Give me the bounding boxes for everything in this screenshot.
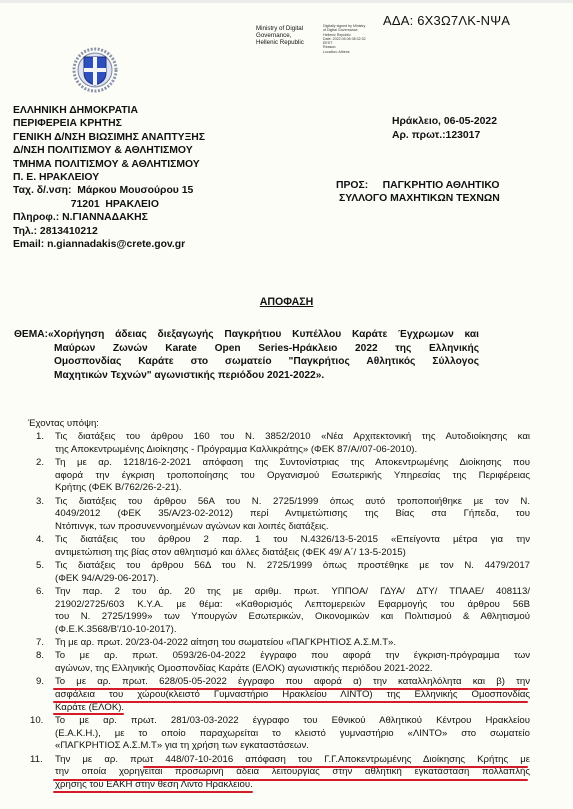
list-item-line: Την παρ. 2 του άρ. 20 της με αριθμ. πρωτ… xyxy=(55,586,530,599)
list-item-line: 4049/2012 (ΦΕΚ 35/Α/23-02-2012) περί Αντ… xyxy=(55,508,530,521)
issuer-line: Πληροφ.: Ν.ΓΙΑΝΝΑΔΑΚΗΣ xyxy=(13,211,205,224)
issuer-block: ΕΛΛΗΝΙΚΗ ΔΗΜΟΚΡΑΤΙΑ ΠΕΡΙΦΕΡΕΙΑ ΚΡΗΤΗΣ ΓΕ… xyxy=(13,104,205,251)
ada-code: ΑΔΑ: 6Χ3Ω7ΛΚ-ΝΨΑ xyxy=(383,13,510,28)
list-item: 2.Τη με αρ. 1218/16-2-2021 απόφαση της Σ… xyxy=(0,457,530,495)
signer-line: Ministry of Digital xyxy=(256,25,304,32)
list-item-line: Τις διατάξεις του άρθρου 160 του Ν. 3852… xyxy=(55,431,530,444)
list-item-number: 2. xyxy=(36,457,44,470)
list-item-line: 21902/2725/603 Κ.Υ.Α. με θέμα: «Καθορισμ… xyxy=(55,599,530,612)
coat-of-arms-icon xyxy=(72,47,118,93)
list-item-number: 5. xyxy=(36,560,44,573)
list-item-number: 9. xyxy=(36,676,44,689)
list-item: 5.Τις διατάξεις του άρθρου 56Δ του Ν. 27… xyxy=(0,560,530,585)
list-item-line: Το με αρ. πρωτ. 281/03-03-2022 έγγραφο τ… xyxy=(55,715,530,728)
list-item-number: 7. xyxy=(36,637,44,650)
list-item-line: αφορά την έγκριση τροποποίησης του Οργαν… xyxy=(55,470,530,483)
list-item-number: 3. xyxy=(36,496,44,509)
highlight-underline xyxy=(143,766,528,768)
list-item-line: αντιμετώπιση της βίας στον αθλητισμό και… xyxy=(55,547,530,560)
subject-line: Μαύρων Ζωνών Karate Open Series-Ηράκλειο… xyxy=(54,342,479,356)
issuer-line: 71201 ΗΡΑΚΛΕΙΟ xyxy=(13,198,205,211)
list-item-line: Τις διατάξεις του άρθρου 56Δ του Ν. 2725… xyxy=(55,560,530,573)
list-item: 6.Την παρ. 2 του άρ. 20 της με αριθμ. πρ… xyxy=(0,586,530,637)
list-item: 1.Τις διατάξεις του άρθρου 160 του Ν. 38… xyxy=(0,431,530,456)
recipient-label: ΠΡΟΣ: xyxy=(336,180,368,191)
list-item-line: Το με αρ. πρωτ. 0593/26-04-2022 έγγραφο … xyxy=(55,650,530,663)
considering-label: Έχοντας υπόψη: xyxy=(28,418,99,429)
list-item-line: Τη με αρ. πρωτ. 20/23-04-2022 αίτηση του… xyxy=(55,637,530,650)
signer-line: Governance, xyxy=(256,32,304,39)
issuer-line: Π. Ε. ΗΡΑΚΛΕΙΟΥ xyxy=(13,171,205,184)
recipient-line1: ΠΑΓΚΡΗΤΙΟ ΑΘΛΗΤΙΚΟ xyxy=(383,180,500,191)
issuer-line: Τηλ.: 2813410212 xyxy=(13,225,205,238)
signature-signer: Ministry of Digital Governance, Hellenic… xyxy=(256,25,304,46)
issuer-line: ΕΛΛΗΝΙΚΗ ΔΗΜΟΚΡΑΤΙΑ xyxy=(13,104,205,117)
signer-line: Hellenic Republic xyxy=(256,39,304,46)
list-item-line: αγώνων, της Ελληνικής Ομοσπονδίας Καράτε… xyxy=(55,663,530,676)
list-item-line: της Αποκεντρωμένης Διοίκησης - Πρόγραμμα… xyxy=(55,444,530,457)
protocol-number: Αρ. πρωτ.:123017 xyxy=(392,129,497,143)
list-item-line: Την με αρ. πρωτ 448/07-10-2016 απόφαση τ… xyxy=(55,754,530,767)
signature-details: Digitally signed by Ministry of Digital … xyxy=(323,24,383,54)
issuer-line: ΠΕΡΙΦΕΡΕΙΑ ΚΡΗΤΗΣ xyxy=(13,117,205,130)
subject-line: «Χορήγηση άδειας διεξαγωγής Παγκρήτιου Κ… xyxy=(48,328,479,342)
highlight-underline xyxy=(53,791,253,793)
issuer-line: ΓΕΝΙΚΗ Δ/ΝΣΗ ΒΙΩΣΙΜΗΣ ΑΝΑΠΤΥΞΗΣ xyxy=(13,131,205,144)
list-item-line: χρησης του ΕΑΚΗ στην θεση Λιντο Ηρακλειο… xyxy=(55,779,530,792)
recipient-block: ΠΡΟΣ: ΠΑΓΚΡΗΤΙΟ ΑΘΛΗΤΙΚΟ ΣΥΛΛΟΓΟ ΜΑΧΗΤΙΚ… xyxy=(336,179,500,205)
list-item-line: ασφάλεια του χώρου(κλειστό Γυμναστήριο Η… xyxy=(55,689,530,702)
issuer-email: Email: n.giannadakis@crete.gov.gr xyxy=(13,238,205,251)
document-title: ΑΠΟΦΑΣΗ xyxy=(0,296,573,308)
highlight-underline xyxy=(53,779,528,781)
list-item-line: Το με αρ. πρωτ. 628/05-05-2022 έγγραφο π… xyxy=(55,676,530,689)
list-item-line: Τις διατάξεις του άρθρου 56Α του Ν. 2725… xyxy=(55,496,530,509)
list-item-number: 1. xyxy=(36,431,44,444)
recipient-line2: ΣΥΛΛΟΓΟ ΜΑΧΗΤΙΚΩΝ ΤΕΧΝΩΝ xyxy=(336,192,500,205)
list-item-line: (ΦΕΚ 94/Α/29-06-2017). xyxy=(55,573,530,586)
issuer-line: Ταχ. δ/.νση: Μάρκου Μουσούρου 15 xyxy=(13,184,205,197)
list-item: 9.Το με αρ. πρωτ. 628/05-05-2022 έγγραφο… xyxy=(0,676,530,714)
list-item-line: Τις διατάξεις του άρθρου 2 παρ. 1 του Ν.… xyxy=(55,534,530,547)
list-item-line: Κρήτης (ΦΕΚ Β/762/26-2-21). xyxy=(55,482,530,495)
list-item-line: Ντόπινγκ, των προσυνεννοημένων αγώνων κα… xyxy=(55,521,530,534)
considerations-list: 1.Τις διατάξεις του άρθρου 160 του Ν. 38… xyxy=(0,431,573,792)
list-item-number: 6. xyxy=(36,586,44,599)
list-item: 4.Τις διατάξεις του άρθρου 2 παρ. 1 του … xyxy=(0,534,530,559)
list-item: 10.Το με αρ. πρωτ. 281/03-03-2022 έγγραφ… xyxy=(0,715,530,753)
subject-line: Ομοσπονδίας Καράτε στο σωματείο "Παγκρήτ… xyxy=(54,355,479,369)
list-item-line: Καράτε (ΕΛΟΚ). xyxy=(55,702,530,715)
document-page: ΑΔΑ: 6Χ3Ω7ΛΚ-ΝΨΑ Ministry of Digital Gov… xyxy=(0,3,573,809)
issuer-line: ΤΜΗΜΑ ΠΟΛΙΤΙΣΜΟΥ & ΑΘΛΗΤΙΣΜΟΥ xyxy=(13,158,205,171)
list-item-line: την οποία χορηγείται προσωρινή άδεια λει… xyxy=(55,766,530,779)
subject-line: Μαχητικών Τεχνών" αγωνιστικής περιόδου 2… xyxy=(54,369,479,383)
list-item-number: 11. xyxy=(30,754,43,767)
date-protocol-block: Ηράκλειο, 06-05-2022 Αρ. πρωτ.:123017 xyxy=(392,115,497,143)
sig-detail-line: Location: Athens xyxy=(323,50,383,54)
list-item-line: Τη με αρ. 1218/16-2-2021 απόφαση της Συν… xyxy=(55,457,530,470)
list-item: 8.Το με αρ. πρωτ. 0593/26-04-2022 έγγραφ… xyxy=(0,650,530,675)
place-date: Ηράκλειο, 06-05-2022 xyxy=(392,115,497,129)
list-item-line: (Φ.Ε.Κ.3568/Β'/10-10-2017). xyxy=(55,624,530,637)
subject-label: ΘΕΜΑ: xyxy=(14,328,48,342)
list-item-line: του Ν. 2725/1999» των Υπουργών Εσωτερικώ… xyxy=(55,611,530,624)
list-item-line: (Ε.Α.Κ.Η.), με το οποίο παραχωρείται το … xyxy=(55,728,530,741)
list-item: 3.Τις διατάξεις του άρθρου 56Α του Ν. 27… xyxy=(0,496,530,534)
list-item-number: 10. xyxy=(30,715,43,728)
list-item-line: «ΠΑΓΚΡΗΤΙΟΣ Α.Σ.Μ.Τ» για τη χρήση των εγ… xyxy=(55,740,530,753)
list-item: 11.Την με αρ. πρωτ 448/07-10-2016 απόφασ… xyxy=(0,754,530,792)
list-item-number: 4. xyxy=(36,534,44,547)
list-item: 7.Τη με αρ. πρωτ. 20/23-04-2022 αίτηση τ… xyxy=(0,637,530,650)
list-item-number: 8. xyxy=(36,650,44,663)
issuer-line: Δ/ΝΣΗ ΠΟΛΙΤΙΣΜΟΥ & ΑΘΛΗΤΙΣΜΟΥ xyxy=(13,144,205,157)
